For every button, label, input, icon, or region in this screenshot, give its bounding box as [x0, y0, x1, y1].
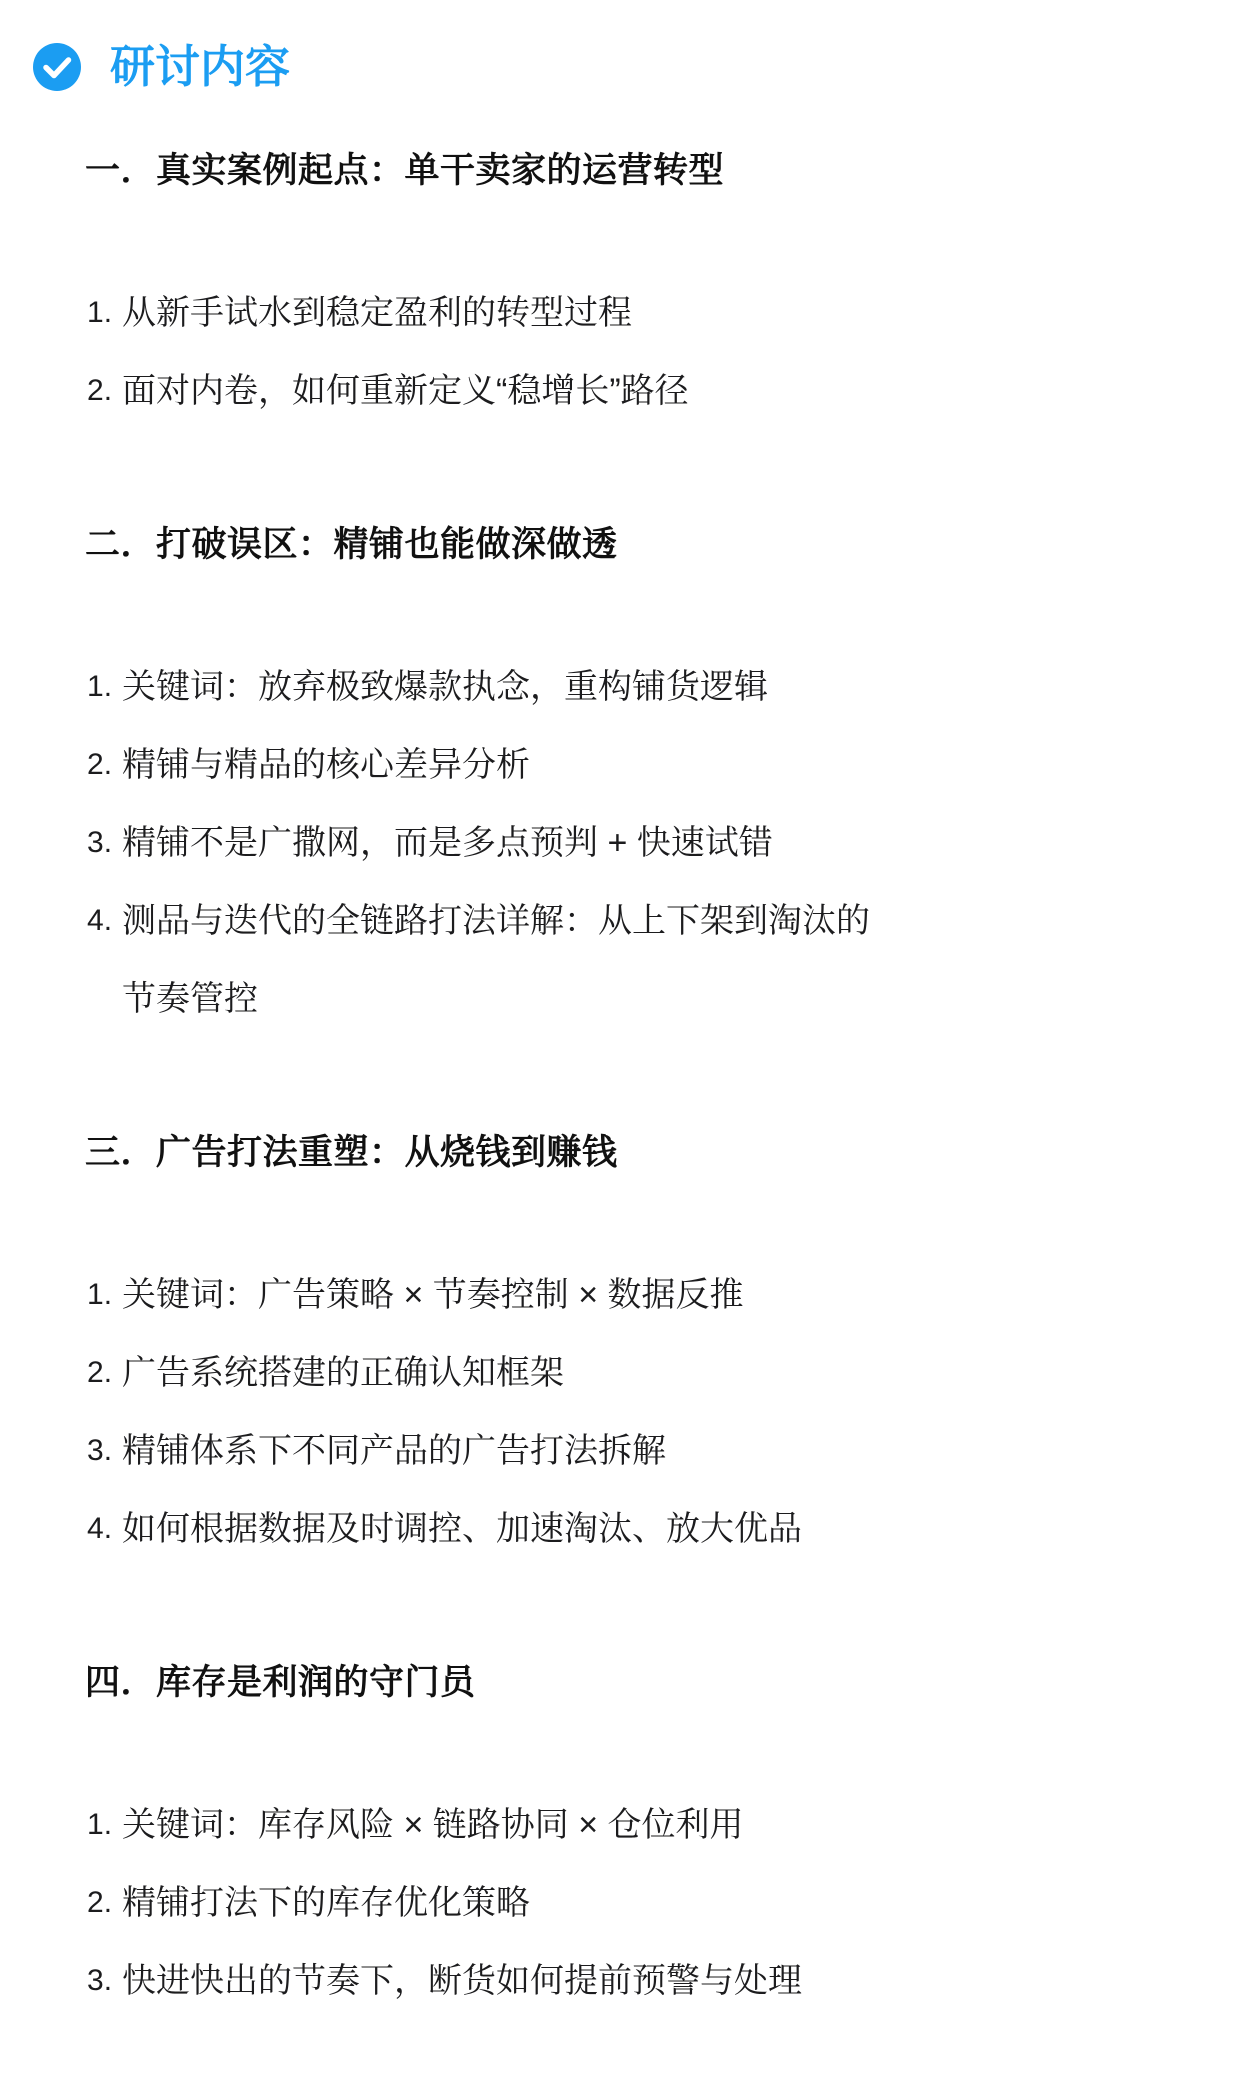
list-item: 广告系统搭建的正确认知框架 — [0, 1334, 884, 1412]
section-1-heading: 一．真实案例起点：单干卖家的运营转型 — [85, 148, 1236, 194]
section-2-list: 关键词：放弃极致爆款执念，重构铺货逻辑 精铺与精品的核心差异分析 精铺不是广撒网… — [0, 648, 884, 1038]
list-item-text: 测品与迭代的全链路打法详解：从上下架到淘汰的节奏管控 — [122, 902, 870, 1018]
list-item-text: 关键词：库存风险 × 链路协同 × 仓位利用 — [122, 1806, 744, 1844]
list-item: 快进快出的节奏下，断货如何提前预警与处理 — [0, 1942, 884, 2020]
section-1: 一．真实案例起点：单干卖家的运营转型 从新手试水到稳定盈利的转型过程 面对内卷，… — [0, 148, 1236, 430]
list-item: 关键词：库存风险 × 链路协同 × 仓位利用 — [0, 1786, 884, 1864]
list-item: 面对内卷，如何重新定义“稳增长”路径 — [0, 352, 884, 430]
list-item-text: 关键词：广告策略 × 节奏控制 × 数据反推 — [122, 1276, 744, 1314]
section-2-heading: 二．打破误区：精铺也能做深做透 — [85, 522, 1236, 568]
list-item-text: 快进快出的节奏下，断货如何提前预警与处理 — [122, 1962, 802, 2000]
list-item: 关键词：放弃极致爆款执念，重构铺货逻辑 — [0, 648, 884, 726]
list-item: 测品与迭代的全链路打法详解：从上下架到淘汰的节奏管控 — [0, 882, 884, 1038]
list-item: 精铺打法下的库存优化策略 — [0, 1864, 884, 1942]
section-2: 二．打破误区：精铺也能做深做透 关键词：放弃极致爆款执念，重构铺货逻辑 精铺与精… — [0, 522, 1236, 1038]
list-item: 关键词：广告策略 × 节奏控制 × 数据反推 — [0, 1256, 884, 1334]
list-item-text: 关键词：放弃极致爆款执念，重构铺货逻辑 — [122, 668, 768, 706]
list-item: 从新手试水到稳定盈利的转型过程 — [0, 274, 884, 352]
list-item-text: 精铺与精品的核心差异分析 — [122, 746, 530, 784]
list-item: 精铺体系下不同产品的广告打法拆解 — [0, 1412, 884, 1490]
page-header: 研讨内容 — [33, 41, 1236, 93]
list-item-text: 广告系统搭建的正确认知框架 — [122, 1354, 564, 1392]
section-4-list: 关键词：库存风险 × 链路协同 × 仓位利用 精铺打法下的库存优化策略 快进快出… — [0, 1786, 884, 2020]
section-4-heading: 四．库存是利润的守门员 — [85, 1660, 1236, 1706]
section-1-list: 从新手试水到稳定盈利的转型过程 面对内卷，如何重新定义“稳增长”路径 — [0, 274, 884, 430]
check-circle-icon — [33, 43, 81, 91]
list-item-text: 面对内卷，如何重新定义“稳增长”路径 — [122, 372, 689, 410]
list-item: 如何根据数据及时调控、加速淘汰、放大优品 — [0, 1490, 884, 1568]
list-item-text: 从新手试水到稳定盈利的转型过程 — [122, 294, 632, 332]
section-3-heading: 三．广告打法重塑：从烧钱到赚钱 — [85, 1130, 1236, 1176]
list-item-text: 精铺不是广撒网，而是多点预判 + 快速试错 — [122, 824, 773, 862]
section-3-list: 关键词：广告策略 × 节奏控制 × 数据反推 广告系统搭建的正确认知框架 精铺体… — [0, 1256, 884, 1568]
list-item-text: 精铺打法下的库存优化策略 — [122, 1884, 530, 1922]
page-title: 研讨内容 — [110, 41, 290, 93]
section-3: 三．广告打法重塑：从烧钱到赚钱 关键词：广告策略 × 节奏控制 × 数据反推 广… — [0, 1130, 1236, 1568]
list-item-text: 精铺体系下不同产品的广告打法拆解 — [122, 1432, 666, 1470]
document-page: 研讨内容 一．真实案例起点：单干卖家的运营转型 从新手试水到稳定盈利的转型过程 … — [0, 0, 1236, 2020]
list-item-text: 如何根据数据及时调控、加速淘汰、放大优品 — [122, 1510, 802, 1548]
list-item: 精铺与精品的核心差异分析 — [0, 726, 884, 804]
list-item: 精铺不是广撒网，而是多点预判 + 快速试错 — [0, 804, 884, 882]
section-4: 四．库存是利润的守门员 关键词：库存风险 × 链路协同 × 仓位利用 精铺打法下… — [0, 1660, 1236, 2020]
